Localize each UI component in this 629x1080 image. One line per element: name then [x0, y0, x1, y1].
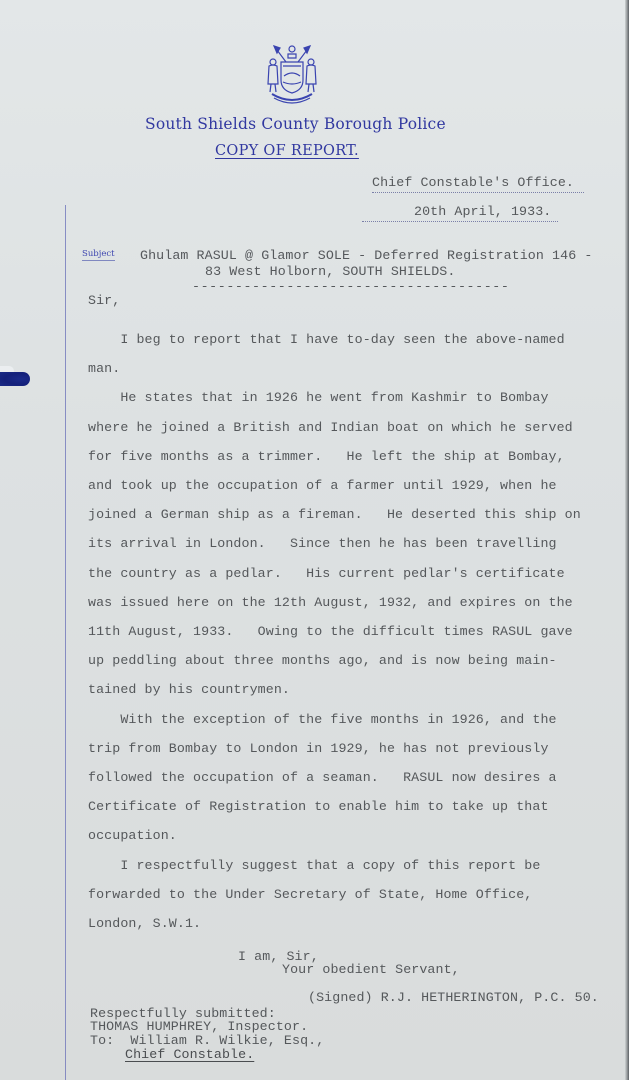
body-line: followed the occupation of a seaman. RAS… — [88, 771, 557, 784]
subject-label: Subject — [82, 249, 115, 261]
subject-line-1: Ghulam RASUL @ Glamor SOLE - Deferred Re… — [140, 249, 592, 262]
body-line: Certificate of Registration to enable hi… — [88, 800, 549, 813]
borough-coat-of-arms-icon — [262, 40, 322, 106]
body-line: forwarded to the Under Secretary of Stat… — [88, 888, 532, 901]
body-line: man. — [88, 362, 120, 375]
body-line: up peddling about three months ago, and … — [88, 654, 557, 667]
organization-name: South Shields County Borough Police — [145, 115, 629, 133]
binding-thread — [0, 372, 30, 386]
body-line: London, S.W.1. — [88, 917, 201, 930]
body-line: 11th August, 1933. Owing to the difficul… — [88, 625, 573, 638]
body-line: where he joined a British and Indian boa… — [88, 421, 573, 434]
office-line: Chief Constable's Office. — [372, 176, 584, 193]
page-edge-shadow — [625, 0, 629, 1080]
margin-rule — [65, 205, 66, 1080]
signature-line: (Signed) R.J. HETHERINGTON, P.C. 50. — [308, 991, 599, 1004]
date-line: 20th April, 1933. — [362, 205, 558, 222]
body-line: tained by his countrymen. — [88, 683, 290, 696]
recipient-line: To: William R. Wilkie, Esq., — [90, 1034, 324, 1047]
salutation: Sir, — [88, 294, 120, 307]
body-line: its arrival in London. Since then he has… — [88, 537, 557, 550]
body-line: for five months as a trimmer. He left th… — [88, 450, 565, 463]
submitted-by: THOMAS HUMPHREY, Inspector. — [90, 1020, 308, 1033]
body-line: was issued here on the 12th August, 1932… — [88, 596, 573, 609]
body-line: joined a German ship as a fireman. He de… — [88, 508, 581, 521]
body-line: With the exception of the five months in… — [88, 713, 557, 726]
document-type-heading: COPY OF REPORT. — [215, 143, 629, 159]
body-line: I beg to report that I have to-day seen … — [88, 333, 565, 346]
body-line: and took up the occupation of a farmer u… — [88, 479, 557, 492]
body-line: I respectfully suggest that a copy of th… — [88, 859, 540, 872]
body-line: occupation. — [88, 829, 177, 842]
closing-line-2: Your obedient Servant, — [282, 963, 460, 976]
body-line: trip from Bombay to London in 1929, he h… — [88, 742, 549, 755]
body-line: He states that in 1926 he went from Kash… — [88, 391, 549, 404]
subject-rule: ------------------------------------- — [192, 280, 509, 293]
subject-line-2: 83 West Holborn, SOUTH SHIELDS. — [205, 265, 455, 278]
body-line: the country as a pedlar. His current ped… — [88, 567, 565, 580]
document-page: South Shields County Borough Police COPY… — [0, 0, 629, 1080]
recipient-title: Chief Constable. — [125, 1048, 254, 1061]
